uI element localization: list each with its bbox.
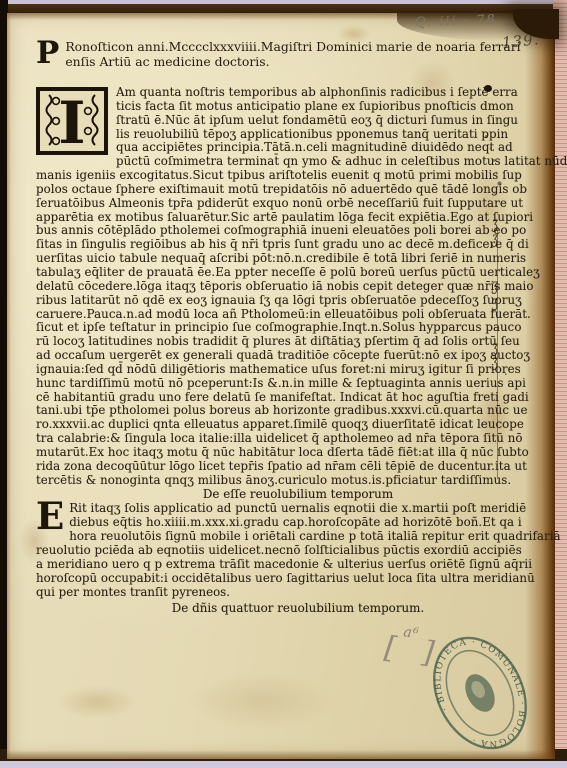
text-block: P Ronoſticon anni.Mcccclxxxviiii.Magiſtr… [36,39,488,616]
text-line: diebus eq̄tis ho.xiiii.m.xxx.xi.gradu ca… [36,516,488,530]
text-line: ribus latitarūt nō qdē ex eoʒ ignauia ſʒ… [36,294,488,308]
handwritten-shelfmark: Q. iii · 78 [415,13,497,31]
paragraph-2-lines: Rit itaqʒ ſolis applicatio ad punctū uer… [36,502,488,585]
text-line: apparētia ex motibus ſaluarētur.Sic artē… [36,211,488,225]
text-line: cē habitantiū gradu uno fere delatū ſe m… [36,391,488,405]
text-line: ſicut et ipſe teſtatur in principio ſue … [36,321,488,335]
scanned-incunabulum-photo: Q. iii · 78 139. ʒ ʒ ʒ ʒ ʒ ʒ . P Ronoſti… [0,0,567,768]
text-line: Rit itaqʒ ſolis applicatio ad punctū uer… [36,502,488,516]
text-line: polos octaue ſphere exiſtimauit motū tre… [36,183,488,197]
parchment-page: Q. iii · 78 139. ʒ ʒ ʒ ʒ ʒ ʒ . P Ronoſti… [7,13,555,759]
text-line: ro.xxxvii.ac duplici qnta elleuatus appa… [36,418,488,432]
paragraph-2-last-line: qui per montes tranſit pyreneos. [36,586,488,600]
worn-edge-left [7,13,11,759]
paragraph-2: E Rit itaqʒ ſolis applicatio ad punctū u… [36,502,488,599]
text-line: mutarūt.Ex hoc itaqʒ motu q̄ nūc habitāt… [36,446,488,460]
text-line: tabulaʒ eq̄liter de prauatā ēe.Ea ppter … [36,266,488,280]
title-line-2: enſis Artiū ac medicine doctoris. [36,54,488,69]
text-line: horoſcopū occupabit:i occidētalibus uero… [36,572,488,586]
text-line: a meridiano uero q p extrema trāſit mace… [36,558,488,572]
text-line: ignauia:ſed qd̄ nōdū diligētioris mathem… [36,363,488,377]
text-line: reuolutio pciēda ab eqnotiis uidelicet.n… [36,544,488,558]
section-heading-2: De dñis quattuor reuolubilium temporum. [108,601,488,616]
woodcut-initial-frame: I [36,87,108,155]
text-line: ad occaſum uergerēt ex generali quadā tr… [36,349,488,363]
text-line: ſitas in ſingulis regiōibus ab his q̄ nr… [36,238,488,252]
text-line: caruere.Pauca.n.ad modū loca añ Ptholome… [36,308,488,322]
title-line-1: Ronoſticon anni.Mcccclxxxviiii.Magiſtri … [36,39,488,54]
text-line: uerſitas uicio tabule nequaq̄ aſcribi pō… [36,252,488,266]
text-line: rida zona decoqūūtur lōgo licet tepr̄is … [36,460,488,474]
section-heading-1: De eſſe reuolubilium temporum [108,487,488,502]
paragraph-2-drop-cap: E [36,502,64,531]
text-line: tercētis & nonoginta qnqʒ milibus ānoʒ.c… [36,474,488,488]
text-line: pūctū coſmimetra terminat̄ qn ymo & adhu… [36,155,488,169]
text-line: tani.ubi tp̄e ptholomei polus boreus ab … [36,404,488,418]
text-line: manis igeniis excogitatus.Sicut tpibus a… [36,169,488,183]
stain [187,673,337,729]
text-line: bus annis cōtēplādo ptholemei coſmograph… [36,224,488,238]
stain [57,685,137,719]
text-line: ſeruatōibus Almeonis tpr̄a pdiderūt exqu… [36,197,488,211]
text-line: rū locoʒ latitudines nobis tradidit q̄ p… [36,335,488,349]
title: P Ronoſticon anni.Mcccclxxxviiii.Magiſtr… [36,39,488,69]
measuring-grid-strip [553,0,567,768]
title-drop-cap: P [36,40,59,67]
woodcut-initial-letter: I [58,89,85,155]
pencil-bracket-left: [ [383,630,399,666]
text-line: hora reuolutōis ſignū mobile i oriētali … [36,530,488,544]
text-line: tra calabrie:& ſingula loca italie:illa … [36,432,488,446]
text-line: hunc tardiſſimū motū nō pceperunt:Is &.n… [36,377,488,391]
text-line: delatū cōcedere.lōga itaqʒ tēporis obſer… [36,280,488,294]
library-stamp: · BIBLIOTECA · COMUNALE · BOLOGNA · [417,619,543,767]
paragraph-1: I Am quanta noſtris temporibus ab alphon… [36,86,488,487]
